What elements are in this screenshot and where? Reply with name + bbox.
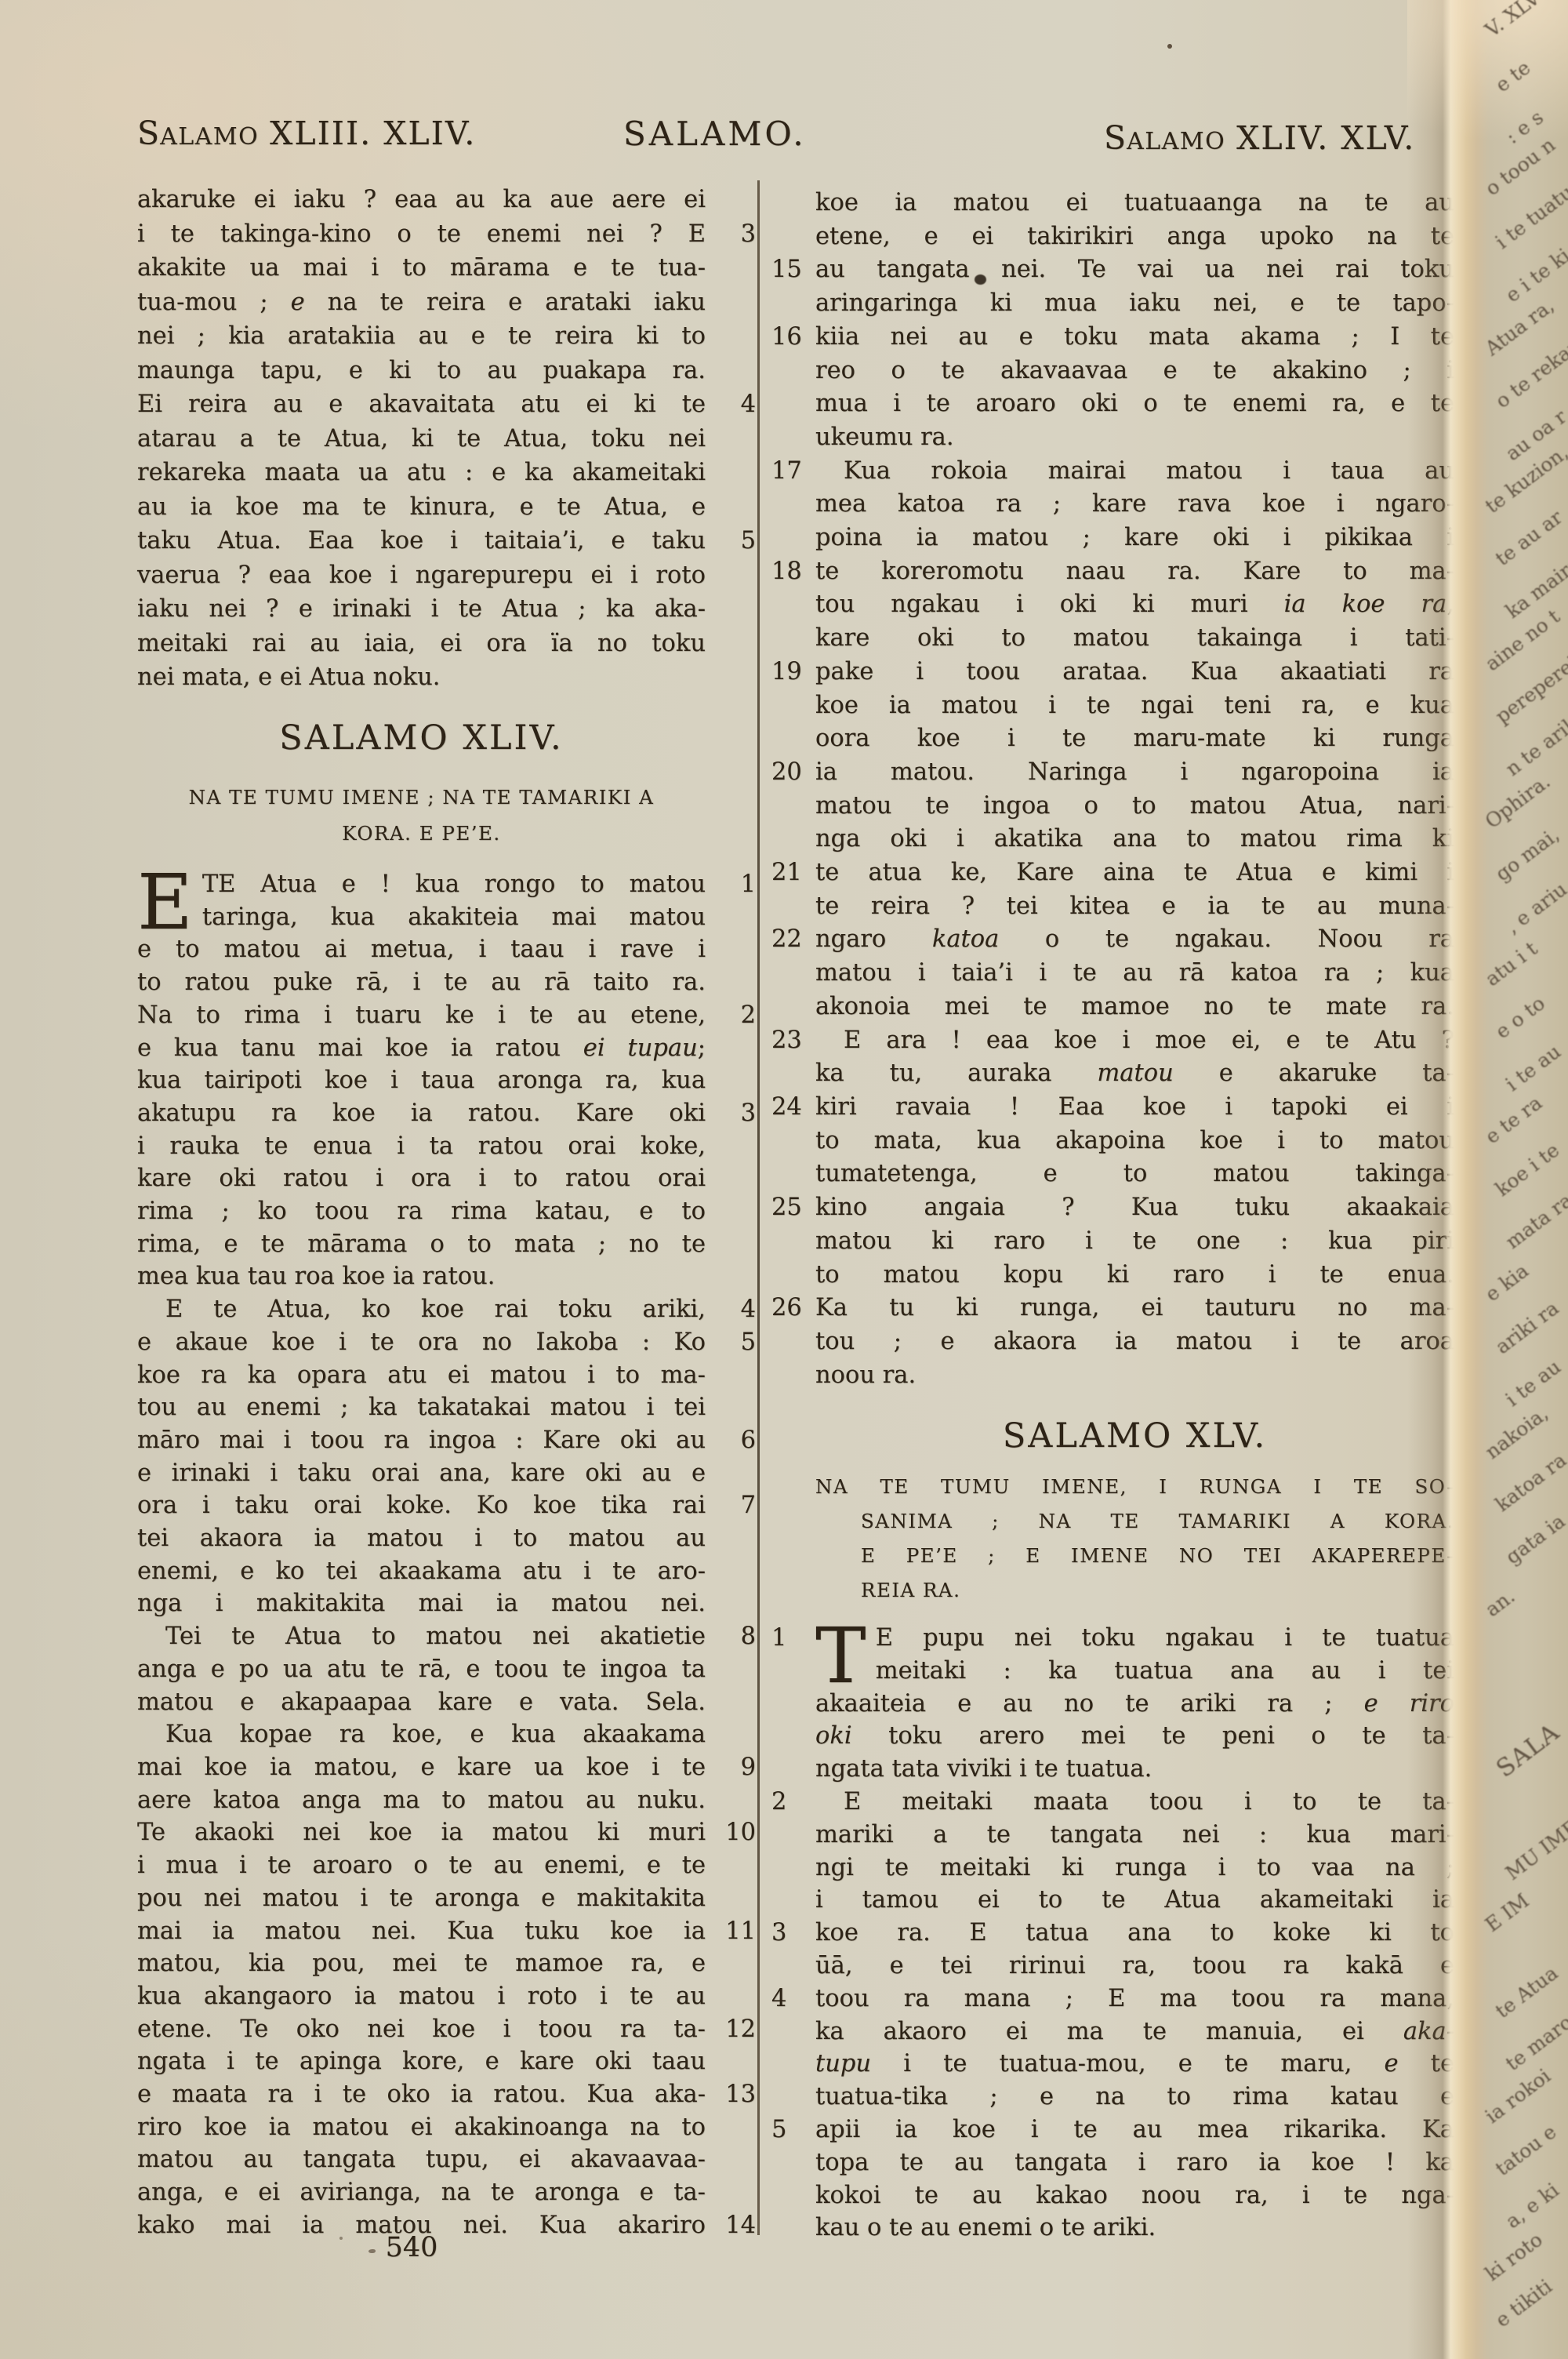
text-line: kau o te au enemi o te ariki.	[815, 2212, 1454, 2245]
line-text: tei akaora ia matou i to matou au	[137, 1525, 706, 1552]
text-line: ora i taku orai koke. Ko koe tika rai7	[137, 1489, 706, 1522]
edge-text-fragment: Ophira.	[1481, 770, 1555, 834]
left-column-psalm43-text: akaruke ei iaku ? eaa au ka aue aere eii…	[137, 183, 706, 695]
verse-number: 4	[715, 387, 756, 422]
text-line: e irinaki i taku orai ana, kare oki au e	[137, 1457, 706, 1490]
text-line: akakite ua mai i to mārama e te tua-	[137, 251, 706, 285]
running-head-center: SALAMO.	[623, 114, 807, 153]
line-text: te atua ke, Kare aina te Atua e kimi i	[815, 859, 1454, 886]
text-line: akaruke ei iaku ? eaa au ka aue aere ei	[137, 183, 706, 217]
line-text: e akaue koe i te ora no Iakoba : Ko	[137, 1329, 706, 1356]
line-text: te reira ? tei kitea e ia te au muna-	[815, 892, 1454, 920]
line-text: matou e akapaapaa kare e vata. Sela.	[137, 1688, 706, 1716]
line-text: ngaro katoa o te ngakau. Noou ra	[815, 925, 1454, 953]
line-text: riro koe ia matou ei akakinoanga na to	[137, 2114, 706, 2141]
line-text: ngata i te apinga kore, e kare oki taau	[137, 2048, 706, 2075]
text-line: iaku nei ? e irinaki i te Atua ; ka aka-	[137, 592, 706, 627]
text-line: te atua ke, Kare aina te Atua e kimi i21	[815, 856, 1454, 890]
line-text: tumatetenga, e to matou takinga-	[815, 1160, 1454, 1187]
running-head-right-initial: S	[1104, 119, 1127, 157]
line-text: akakite ua mai i to mārama e te tua-	[137, 254, 706, 282]
line-text: tou ngakau i oki ki muri ia koe ra,	[815, 591, 1454, 618]
edge-text-fragment: e te	[1491, 56, 1534, 96]
verse-number: 3	[715, 1097, 756, 1130]
text-line: te koreromotu naau ra. Kare to ma-18	[815, 555, 1454, 589]
line-text: Ka tu ki runga, ei tauturu no ma-	[815, 1294, 1454, 1321]
running-head-left-smallcaps: ALAMO	[160, 123, 259, 151]
edge-text-fragment: i te au	[1501, 1040, 1565, 1096]
line-text: aringaringa ki mua iaku nei, e te tapo-	[815, 289, 1454, 317]
text-line: matou au tangata tupu, ei akavaavaa-	[137, 2143, 706, 2176]
verse-number: 11	[715, 1915, 756, 1948]
line-text: matou te ingoa o to matou Atua, nari-	[815, 792, 1454, 820]
line-text: e maata ra i te oko ia ratou. Kua aka-	[137, 2081, 706, 2108]
line-text: i tamou ei to te Atua akameitaki ia	[815, 1886, 1454, 1914]
verse-number: 24	[771, 1091, 811, 1125]
edge-text-fragment: i te au	[1501, 1355, 1565, 1411]
text-line: e kua tanu mai koe ia ratou ei tupau;	[137, 1032, 706, 1065]
text-line: ia matou. Naringa i ngaropoina ia20	[815, 756, 1454, 790]
text-line: atarau a te Atua, ki te Atua, toku nei	[137, 422, 706, 456]
text-line: māro mai i toou ra ingoa : Kare oki au6	[137, 1424, 706, 1457]
line-text: mua i te aroaro oki o te enemi ra, e te	[815, 390, 1454, 417]
verse-number: 22	[771, 923, 811, 957]
right-column-psalm44-continuation-text: koe ia matou ei tuatuaanga na te auetene…	[815, 187, 1454, 1392]
line-text: to mata, kua akapoina koe i to matou	[815, 1127, 1454, 1154]
line-text: Kua kopae ra koe, e kua akaakama	[165, 1721, 706, 1748]
line-text: ka akaoro ei ma te manuia, ei aka-	[815, 2018, 1454, 2045]
verse-number: 20	[771, 756, 811, 790]
text-line: ETE Atua e ! kua rongo to matou1	[137, 868, 706, 901]
line-text: E ara ! eaa koe i moe ei, e te Atu ?	[844, 1027, 1454, 1054]
line-text: akatupu ra koe ia ratou. Kare oki	[137, 1100, 706, 1127]
text-line: ka tu, auraka matou e akaruke ta-	[815, 1057, 1454, 1091]
verse-number: 5	[771, 2114, 811, 2146]
text-line: ngi te meitaki ki runga i to vaa na ;	[815, 1852, 1454, 1885]
line-text: mea katoa ra ; kare rava koe i ngaro-	[815, 490, 1454, 518]
text-line: mea kua tau roa koe ia ratou.	[137, 1260, 706, 1293]
text-line: mea katoa ra ; kare rava koe i ngaro-	[815, 488, 1454, 522]
line-text: kua tairipoti koe i taua aronga ra, kua	[137, 1067, 706, 1094]
text-line: Ka tu ki runga, ei tauturu no ma-26	[815, 1292, 1454, 1325]
line-text: koe ia matou i te ngai teni ra, e kua	[815, 692, 1454, 719]
text-line: tumatetenga, e to matou takinga-	[815, 1158, 1454, 1191]
running-head-right: SALAMOXLIV. XLV.	[1104, 119, 1415, 157]
text-line: kua tairipoti koe i taua aronga ra, kua	[137, 1064, 706, 1097]
text-line: kokoi te au kakao noou ra, i te nga-	[815, 2179, 1454, 2212]
line-text: rima, e te mārama o to mata ; no te	[137, 1230, 706, 1258]
line-text: Ei reira au e akavaitata atu ei ki te	[137, 391, 706, 418]
subtitle-line: NA TE TUMU IMENE, I RUNGA I TE SO-	[815, 1470, 1454, 1504]
line-text: mariki a te tangata nei : kua mari-	[815, 1821, 1454, 1848]
text-line: ngaro katoa o te ngakau. Noou ra22	[815, 923, 1454, 957]
edge-text-fragment: E IM	[1481, 1889, 1534, 1936]
subtitle-line: KORA. E PE’E.	[137, 816, 706, 852]
line-text: etene. Te oko nei koe i toou ra ta-	[137, 2016, 706, 2043]
text-line: topa te au tangata i raro ia koe ! ka	[815, 2146, 1454, 2179]
text-line: taringa, kua akakiteia mai matou	[137, 901, 706, 934]
verse-number: 8	[715, 1620, 756, 1653]
line-text: ka tu, auraka matou e akaruke ta-	[815, 1060, 1454, 1087]
edge-text-fragment: koe i te	[1491, 1139, 1563, 1201]
line-text: nga i makitakita mai ia matou nei.	[137, 1590, 706, 1617]
text-line: nga i makitakita mai ia matou nei.	[137, 1587, 706, 1620]
text-line: aringaringa ki mua iaku nei, e te tapo-	[815, 287, 1454, 321]
text-line: Te akaoki nei koe ia matou ki muri10	[137, 1816, 706, 1849]
line-text: nga oki i akatika ana to matou rima ki	[815, 825, 1454, 852]
text-line: rima, e te mārama o to mata ; no te	[137, 1228, 706, 1261]
line-text: meitaki : ka tuatua ana au i tei	[876, 1657, 1454, 1685]
text-line: E te Atua, ko koe rai toku ariki,4	[137, 1293, 706, 1326]
text-line: akaaiteia e au no te ariki ra ; e riro	[815, 1688, 1454, 1721]
verse-number: 26	[771, 1292, 811, 1325]
text-line: reo o te akavaavaa e te akakino ; i	[815, 354, 1454, 388]
text-line: ngata tata viviki i te tuatua.	[815, 1753, 1454, 1786]
text-line: kua akangaoro ia matou i roto i te au	[137, 1980, 706, 2013]
text-line: tou ngakau i oki ki muri ia koe ra,	[815, 588, 1454, 622]
line-text: poina ia matou ; kare oki i pikikaa i	[815, 524, 1454, 551]
running-head-left-initial: S	[137, 114, 160, 152]
line-text: oora koe i te maru-mate ki runga	[815, 725, 1454, 752]
text-line: i mua i te aroaro o te au enemi, e te	[137, 1849, 706, 1882]
text-line: ka akaoro ei ma te manuia, ei aka-	[815, 2016, 1454, 2048]
line-text: te koreromotu naau ra. Kare to ma-	[815, 558, 1454, 585]
edge-text-fragment: ia rokoi	[1481, 2064, 1555, 2128]
text-line: e maata ra i te oko ia ratou. Kua aka-13	[137, 2078, 706, 2111]
line-text: rima ; ko toou ra rima katau, e to	[137, 1198, 706, 1225]
edge-text-fragment: ki roto	[1481, 2228, 1547, 2285]
verse-number: 4	[771, 1983, 811, 2016]
verse-number: 5	[715, 1326, 756, 1359]
line-text: Kua rokoia mairai matou i taua au	[844, 457, 1454, 485]
subtitle-line: REIA RA.	[815, 1573, 1454, 1608]
line-text: topa te au tangata i raro ia koe ! ka	[815, 2149, 1454, 2176]
edge-text-fragment: nakoia,	[1481, 1402, 1552, 1464]
text-line: anga e po ua atu te rā, e toou te ingoa …	[137, 1653, 706, 1686]
edge-text-fragment: e te ra	[1481, 1091, 1546, 1148]
text-line: i te takinga-kino o te enemi nei ? E3	[137, 217, 706, 252]
verse-number: 10	[715, 1816, 756, 1849]
edge-text-fragment: go mai,	[1491, 823, 1563, 885]
line-text: au ia koe ma te kinura, e te Atua, e	[137, 493, 706, 521]
edge-text-fragment: gata ia	[1501, 1510, 1568, 1568]
line-text: matou au tangata tupu, ei akavaavaa-	[137, 2146, 706, 2173]
line-text: etene, e ei takirikiri anga upoko na te	[815, 223, 1454, 250]
column-divider-rule	[757, 180, 760, 2235]
text-line: E ara ! eaa koe i moe ei, e te Atu ?23	[815, 1024, 1454, 1058]
text-line: matou ki raro i te one : kua piri	[815, 1225, 1454, 1259]
text-line: meitaki : ka tuatua ana au i tei	[815, 1655, 1454, 1688]
text-line: rekareka maata ua atu : e ka akameitaki	[137, 456, 706, 490]
line-text: vaerua ? eaa koe i ngarepurepu ei i roto	[137, 562, 706, 589]
running-head-right-numerals: XLIV. XLV.	[1236, 119, 1415, 157]
page-number: 540	[333, 2232, 490, 2263]
line-text: mai ia matou nei. Kua tuku koe ia	[137, 1917, 706, 1945]
edge-text-fragment: a, e ki	[1501, 2179, 1563, 2233]
line-text: tupu i te tuatua-mou, e te maru, e te	[815, 2050, 1454, 2077]
text-line: koe ra ka opara atu ei matou i to ma-	[137, 1359, 706, 1392]
right-column-psalm45-text: TE pupu nei toku ngakau i te tuatua1meit…	[815, 1622, 1454, 2245]
text-line: aere katoa anga ma to matou au nuku.	[137, 1784, 706, 1817]
line-text: taringa, kua akakiteia mai matou	[202, 903, 706, 931]
text-line: riro koe ia matou ei akakinoanga na to	[137, 2111, 706, 2144]
text-line: Tei te Atua to matou nei akatietie8	[137, 1620, 706, 1653]
edge-text-fragment: SALA	[1491, 1717, 1565, 1783]
text-line: apii ia koe i te au mea rikarika. Ka5	[815, 2114, 1454, 2146]
edge-text-fragment: V. XLV	[1481, 0, 1544, 42]
verse-number: 9	[715, 1751, 756, 1784]
text-line: enemi, e ko tei akaakama atu i te aro-	[137, 1555, 706, 1588]
line-text: aere katoa anga ma to matou au nuku.	[137, 1787, 706, 1814]
scanned-book-page: SALAMOXLIII. XLIV. SALAMO. SALAMOXLIV. X…	[0, 0, 1568, 2359]
verse-number: 25	[771, 1191, 811, 1225]
line-text: i mua i te aroaro o te au enemi, e te	[137, 1852, 706, 1879]
text-line: etene. Te oko nei koe i toou ra ta-12	[137, 2013, 706, 2046]
line-text: au tangata nei. Te vai ua nei rai toku	[815, 256, 1454, 283]
text-line: kare oki ratou i ora i to ratou orai	[137, 1162, 706, 1195]
next-page-text-fragments: V. XLVe te: e so toou ni te tuatue i te …	[1476, 0, 1568, 2359]
line-text: maunga tapu, e ki to au puakapa ra.	[137, 357, 706, 384]
text-line: mua i te aroaro oki o te enemi ra, e te	[815, 387, 1454, 421]
text-line: Na to rima i tuaru ke i te au etene,2	[137, 999, 706, 1032]
line-text: anga, e ei avirianga, na te aronga e ta-	[137, 2179, 706, 2206]
verse-number: 3	[771, 1917, 811, 1950]
edge-text-fragment: e tikiti	[1491, 2275, 1556, 2332]
text-line: oora koe i te maru-mate ki runga	[815, 722, 1454, 756]
verse-number: 1	[771, 1622, 811, 1655]
verse-number: 21	[771, 856, 811, 890]
text-line: au ia koe ma te kinura, e te Atua, e	[137, 490, 706, 525]
text-line: mariki a te tangata nei : kua mari-	[815, 1819, 1454, 1852]
text-line: E meitaki maata toou i to te ta-2	[815, 1786, 1454, 1819]
text-line: matou te ingoa o to matou Atua, nari-	[815, 790, 1454, 823]
verse-number: 23	[771, 1024, 811, 1058]
edge-text-fragment: Atua ra,	[1481, 294, 1558, 360]
text-line: vaerua ? eaa koe i ngarepurepu ei i roto	[137, 558, 706, 593]
subtitle-line: NA TE TUMU IMENE ; NA TE TAMARIKI A	[137, 780, 706, 816]
line-text: kiia nei au e toku mata akama ; I te	[815, 323, 1454, 351]
line-text: koe ra. E tatua ana to koke ki to	[815, 1919, 1454, 1946]
text-line: e to matou ai metua, i taau i rave i	[137, 933, 706, 966]
line-text: atarau a te Atua, ki te Atua, toku nei	[137, 425, 706, 453]
line-text: i te takinga-kino o te enemi nei ? E	[137, 220, 706, 248]
psalm-45-subtitle: NA TE TUMU IMENE, I RUNGA I TE SO-SANIMA…	[815, 1470, 1454, 1608]
line-text: kua akangaoro ia matou i roto i te au	[137, 1983, 706, 2010]
line-text: akaaiteia e au no te ariki ra ; e riro	[815, 1690, 1454, 1717]
edge-text-fragment: ariki ra	[1491, 1296, 1563, 1358]
line-text: to ratou puke rā, i te au rā taito ra.	[137, 969, 706, 996]
text-line: koe ia matou ei tuatuaanga na te au	[815, 187, 1454, 220]
text-line: anga, e ei avirianga, na te aronga e ta-	[137, 2176, 706, 2209]
running-head-left: SALAMOXLIII. XLIV.	[137, 114, 476, 152]
line-text: i rauka te enua i ta ratou orai koke,	[137, 1132, 706, 1160]
text-line: meitaki rai au iaia, ei ora ïa no toku	[137, 627, 706, 661]
text-line: au tangata nei. Te vai ua nei rai toku15	[815, 253, 1454, 287]
text-line: koe ra. E tatua ana to koke ki to3	[815, 1917, 1454, 1950]
line-text: ūā, e tei ririnui ra, toou ra kakā e	[815, 1952, 1454, 1979]
line-text: māro mai i toou ra ingoa : Kare oki au	[137, 1427, 706, 1454]
text-line: matou e akapaapaa kare e vata. Sela.	[137, 1686, 706, 1719]
text-line: kiri ravaia ! Eaa koe i tapoki ei i24	[815, 1091, 1454, 1125]
line-text: matou, kia pou, mei te mamoe ra, e	[137, 1950, 706, 1977]
text-line: oki toku arero mei te peni o te ta-	[815, 1720, 1454, 1753]
text-line: pou nei matou i te aronga e makitakita	[137, 1882, 706, 1915]
line-text: e irinaki i taku orai ana, kare oki au e	[137, 1459, 706, 1487]
verse-number: 19	[771, 656, 811, 689]
text-line: akonoia mei te mamoe no te mate ra.	[815, 990, 1454, 1024]
line-text: tou ; e akaora ia matou i te aroa	[815, 1328, 1454, 1355]
line-text: kau o te au enemi o te ariki.	[815, 2214, 1156, 2241]
text-line: ūā, e tei ririnui ra, toou ra kakā e	[815, 1950, 1454, 1983]
line-text: tuatua-tika ; e na to rima katau e	[815, 2083, 1454, 2110]
edge-text-fragment: e kia	[1481, 1259, 1533, 1306]
text-line: to ratou puke rā, i te au rā taito ra.	[137, 966, 706, 999]
line-text: to matou kopu ki raro i te enua.	[815, 1261, 1454, 1289]
paper-speck	[339, 2237, 343, 2240]
line-text: Na to rima i tuaru ke i te au etene,	[137, 1001, 706, 1029]
line-text: nei ; kia aratakiia au e te reira ki to	[137, 322, 706, 350]
line-text: ia matou. Naringa i ngaropoina ia	[815, 758, 1454, 786]
text-line: tupu i te tuatua-mou, e te maru, e te	[815, 2048, 1454, 2081]
text-line: e akaue koe i te ora no Iakoba : Ko5	[137, 1326, 706, 1359]
running-head-left-numerals: XLIII. XLIV.	[270, 114, 476, 152]
line-text: taku Atua. Eaa koe i taitaia’i, e taku	[137, 527, 706, 554]
line-text: e kua tanu mai koe ia ratou ei tupau;	[137, 1034, 706, 1062]
edge-text-fragment: , e ariu	[1501, 878, 1568, 938]
text-line: Kua rokoia mairai matou i taua au17	[815, 455, 1454, 489]
line-text: meitaki rai au iaia, ei ora ïa no toku	[137, 630, 706, 657]
text-line: nei ; kia aratakiia au e te reira ki to	[137, 319, 706, 354]
subtitle-line: E PE’E ; E IMENE NO TEI AKAPEREPE-	[815, 1539, 1454, 1573]
verse-number: 4	[715, 1293, 756, 1326]
text-line: tei akaora ia matou i to matou au	[137, 1522, 706, 1555]
line-text: matou i taia’i i te au rā katoa ra ; kua	[815, 959, 1454, 987]
text-line: koe ia matou i te ngai teni ra, e kua	[815, 689, 1454, 723]
text-line: nga oki i akatika ana to matou rima ki	[815, 823, 1454, 856]
line-text: rekareka maata ua atu : e ka akameitaki	[137, 459, 706, 486]
edge-text-fragment: atu i t	[1481, 937, 1541, 990]
left-column-psalm44-text: ETE Atua e ! kua rongo to matou1taringa,…	[137, 868, 706, 2242]
text-line: mai koe ia matou, e kare ua koe i te9	[137, 1751, 706, 1784]
edge-text-fragment: an.	[1481, 1585, 1519, 1622]
edge-text-fragment: te au ar	[1491, 506, 1566, 571]
verse-number: 17	[771, 455, 811, 489]
paper-speck	[368, 2249, 376, 2253]
text-line: matou i taia’i i te au rā katoa ra ; kua	[815, 957, 1454, 990]
line-text: matou ki raro i te one : kua piri	[815, 1227, 1454, 1255]
text-line: to mata, kua akapoina koe i to matou	[815, 1125, 1454, 1158]
edge-text-fragment: e i te ki	[1501, 244, 1568, 307]
line-text: kino angaia ? Kua tuku akaakaia	[815, 1194, 1454, 1221]
verse-number: 6	[715, 1424, 756, 1457]
line-text: E te Atua, ko koe rai toku ariki,	[165, 1296, 706, 1323]
text-line: kare oki to matou takainga i tati-	[815, 622, 1454, 656]
verse-number: 2	[771, 1786, 811, 1819]
text-line: ngata i te apinga kore, e kare oki taau	[137, 2045, 706, 2078]
text-line: Kua kopae ra koe, e kua akaakama	[137, 1718, 706, 1751]
line-text: tua-mou ; e na te reira e arataki iaku	[137, 289, 706, 316]
text-line: etene, e ei takirikiri anga upoko na te	[815, 220, 1454, 254]
verse-number: 18	[771, 555, 811, 589]
line-text: koe ia matou ei tuatuaanga na te au	[815, 189, 1454, 216]
line-text: ngata tata viviki i te tuatua.	[815, 1755, 1152, 1783]
paper-speck	[1167, 44, 1172, 49]
line-text: ukeumu ra.	[815, 423, 954, 451]
line-text: koe ra ka opara atu ei matou i to ma-	[137, 1361, 706, 1389]
line-text: iaku nei ? e irinaki i te Atua ; ka aka-	[137, 595, 706, 623]
line-text: kare oki to matou takainga i tati-	[815, 624, 1454, 652]
verse-number: 15	[771, 253, 811, 287]
text-line: kiia nei au e toku mata akama ; I te16	[815, 321, 1454, 354]
text-line: tua-mou ; e na te reira e arataki iaku	[137, 285, 706, 320]
edge-text-fragment: tatou e	[1491, 2120, 1560, 2180]
text-line: pake i toou arataa. Kua akaatiati ra19	[815, 656, 1454, 689]
verse-number: 13	[715, 2078, 756, 2111]
psalm-44-heading: SALAMO XLIV.	[137, 718, 706, 758]
line-text: E meitaki maata toou i to te ta-	[844, 1788, 1454, 1816]
line-text: noou ra.	[815, 1361, 916, 1389]
verse-number: 7	[715, 1489, 756, 1522]
text-line: te reira ? tei kitea e ia te au muna-	[815, 890, 1454, 924]
line-text: anga e po ua atu te rā, e toou te ingoa …	[137, 1656, 706, 1683]
psalm-45-heading: SALAMO XLV.	[815, 1416, 1454, 1456]
text-line: mai ia matou nei. Kua tuku koe ia11	[137, 1915, 706, 1948]
text-line: toou ra mana ; E ma toou ra mana,4	[815, 1983, 1454, 2016]
edge-text-fragment: MU IME	[1501, 1816, 1568, 1885]
text-line: matou, kia pou, mei te mamoe ra, e	[137, 1947, 706, 1980]
line-text: oki toku arero mei te peni o te ta-	[815, 1722, 1454, 1750]
verse-number: 14	[715, 2209, 756, 2242]
text-line: nei mata, e ei Atua noku.	[137, 660, 706, 695]
line-text: kare oki ratou i ora i to ratou orai	[137, 1165, 706, 1192]
verse-number: 16	[771, 321, 811, 354]
line-text: toou ra mana ; E ma toou ra mana,	[815, 1985, 1454, 2012]
line-text: Te akaoki nei koe ia matou ki muri	[137, 1819, 706, 1846]
text-line: Ei reira au e akavaitata atu ei ki te4	[137, 387, 706, 422]
edge-text-fragment: te Atua	[1491, 1961, 1563, 2023]
ink-blot	[975, 274, 986, 285]
verse-number: 12	[715, 2013, 756, 2046]
verse-number: 2	[715, 999, 756, 1032]
line-text: kokoi te au kakao noou ra, i te nga-	[815, 2182, 1454, 2209]
line-text: pake i toou arataa. Kua akaatiati ra	[815, 658, 1454, 685]
line-text: Tei te Atua to matou nei akatietie	[165, 1623, 706, 1650]
verse-number: 3	[715, 217, 756, 252]
line-text: tou au enemi ; ka takatakai matou i tei	[137, 1394, 706, 1421]
line-text: pou nei matou i te aronga e makitakita	[137, 1885, 706, 1912]
psalm-44-subtitle: NA TE TUMU IMENE ; NA TE TAMARIKI AKORA.…	[137, 780, 706, 852]
line-text: reo o te akavaavaa e te akakino ; i	[815, 357, 1454, 384]
line-text: enemi, e ko tei akaakama atu i te aro-	[137, 1558, 706, 1585]
running-head-right-smallcaps: ALAMO	[1127, 128, 1225, 155]
text-line: rima ; ko toou ra rima katau, e to	[137, 1195, 706, 1228]
text-line: taku Atua. Eaa koe i taitaia’i, e taku5	[137, 524, 706, 558]
line-text: ora i taku orai koke. Ko koe tika rai	[137, 1492, 706, 1519]
line-text: akonoia mei te mamoe no te mate ra.	[815, 993, 1454, 1020]
text-line: to matou kopu ki raro i te enua.	[815, 1259, 1454, 1292]
line-text: e to matou ai metua, i taau i rave i	[137, 936, 706, 963]
text-line: poina ia matou ; kare oki i pikikaa i	[815, 522, 1454, 555]
line-text: TE Atua e ! kua rongo to matou	[202, 871, 706, 898]
line-text: apii ia koe i te au mea rikarika. Ka	[815, 2116, 1454, 2143]
verse-number: 5	[715, 524, 756, 558]
text-line: tou ; e akaora ia matou i te aroa	[815, 1325, 1454, 1359]
text-line: maunga tapu, e ki to au puakapa ra.	[137, 354, 706, 388]
edge-text-fragment: e o to	[1491, 991, 1549, 1043]
line-text: mai koe ia matou, e kare ua koe i te	[137, 1754, 706, 1781]
text-line: tou au enemi ; ka takatakai matou i tei	[137, 1391, 706, 1424]
edge-text-fragment: katoa ra	[1491, 1448, 1568, 1516]
